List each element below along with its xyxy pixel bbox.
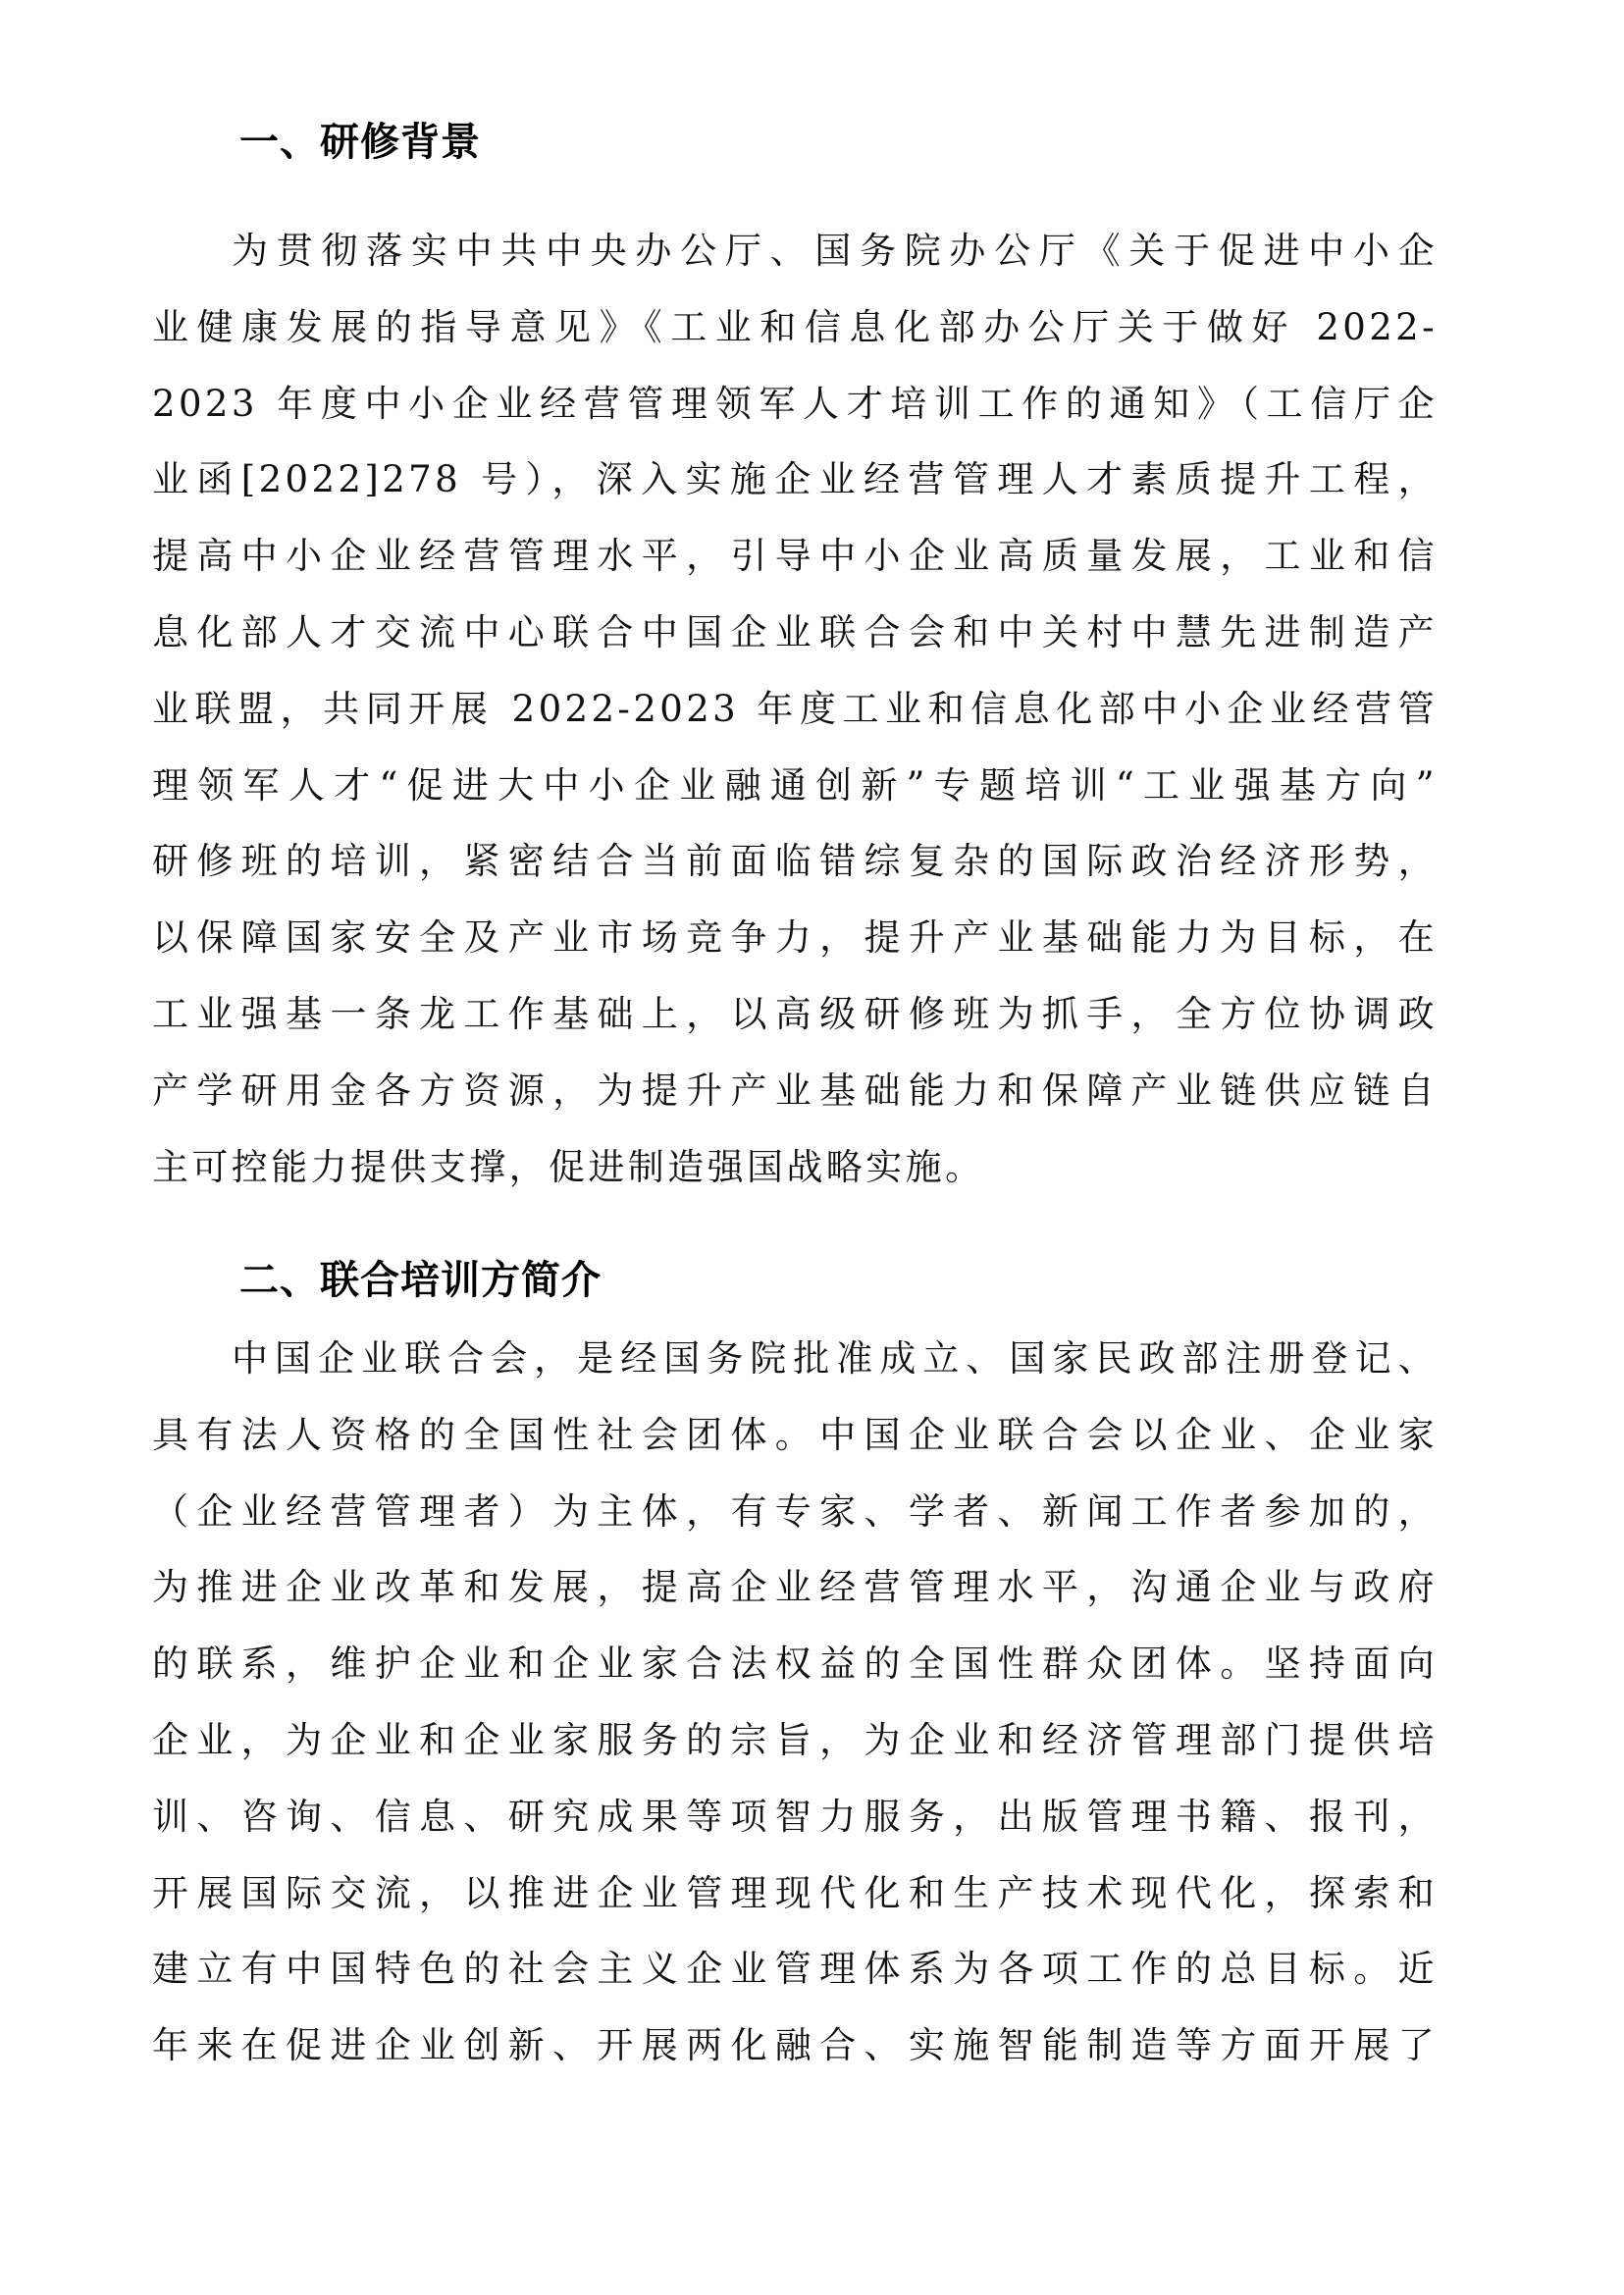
section-heading-background: 一、研修背景 bbox=[239, 113, 481, 172]
paragraph-line: 的联系，维护企业和企业家合法权益的全国性群众团体。坚持面向 bbox=[152, 1626, 1438, 1702]
paragraph-line: 企业，为企业和企业家服务的宗旨，为企业和经济管理部门提供培 bbox=[152, 1702, 1438, 1779]
paragraph-line: 产学研用金各方资源，为提升产业基础能力和保障产业链供应链自 bbox=[152, 1053, 1438, 1129]
paragraph-line: 训、咨询、信息、研究成果等项智力服务，出版管理书籍、报刊， bbox=[152, 1779, 1438, 1855]
paragraph-line: 为推进企业改革和发展，提高企业经营管理水平，沟通企业与政府 bbox=[152, 1549, 1438, 1626]
document-page: 一、研修背景 为贯彻落实中共中央办公厅、国务院办公厅《关于促进中小企 业健康发展… bbox=[0, 0, 1624, 2295]
paragraph-line: 研修班的培训，紧密结合当前面临错综复杂的国际政治经济形势， bbox=[152, 823, 1438, 900]
paragraph-line: 业健康发展的指导意见》《工业和信息化部办公厅关于做好 2022- bbox=[152, 289, 1438, 366]
paragraph-line: 中国企业联合会，是经国务院批准成立、国家民政部注册登记、 bbox=[152, 1321, 1438, 1397]
paragraph-line: 年来在促进企业创新、开展两化融合、实施智能制造等方面开展了 bbox=[152, 2008, 1438, 2084]
section-partners-paragraph: 中国企业联合会，是经国务院批准成立、国家民政部注册登记、 具有法人资格的全国性社… bbox=[152, 1321, 1438, 2084]
paragraph-line: 业函[2022]278 号），深入实施企业经营管理人才素质提升工程， bbox=[152, 442, 1438, 518]
section-background-paragraph: 为贯彻落实中共中央办公厅、国务院办公厅《关于促进中小企 业健康发展的指导意见》《… bbox=[152, 213, 1438, 1205]
section-heading-partners: 二、联合培训方简介 bbox=[239, 1251, 602, 1310]
paragraph-line: 为贯彻落实中共中央办公厅、国务院办公厅《关于促进中小企 bbox=[152, 213, 1438, 289]
paragraph-line: 息化部人才交流中心联合中国企业联合会和中关村中慧先进制造产 bbox=[152, 595, 1438, 671]
paragraph-line: 开展国际交流，以推进企业管理现代化和生产技术现代化，探索和 bbox=[152, 1855, 1438, 1932]
paragraph-line: （企业经营管理者）为主体，有专家、学者、新闻工作者参加的， bbox=[152, 1474, 1438, 1550]
paragraph-line: 主可控能力提供支撑，促进制造强国战略实施。 bbox=[152, 1129, 1438, 1206]
paragraph-line: 以保障国家安全及产业市场竞争力，提升产业基础能力为目标，在 bbox=[152, 900, 1438, 976]
paragraph-line: 建立有中国特色的社会主义企业管理体系为各项工作的总目标。近 bbox=[152, 1931, 1438, 2008]
paragraph-line: 提高中小企业经营管理水平，引导中小企业高质量发展，工业和信 bbox=[152, 518, 1438, 595]
paragraph-line: 具有法人资格的全国性社会团体。中国企业联合会以企业、企业家 bbox=[152, 1397, 1438, 1474]
paragraph-line: 理领军人才“促进大中小企业融通创新”专题培训“工业强基方向” bbox=[152, 748, 1438, 824]
paragraph-line: 业联盟，共同开展 2022-2023 年度工业和信息化部中小企业经营管 bbox=[152, 671, 1438, 748]
paragraph-line: 2023 年度中小企业经营管理领军人才培训工作的通知》（工信厅企 bbox=[152, 366, 1438, 443]
paragraph-line: 工业强基一条龙工作基础上，以高级研修班为抓手，全方位协调政 bbox=[152, 976, 1438, 1053]
